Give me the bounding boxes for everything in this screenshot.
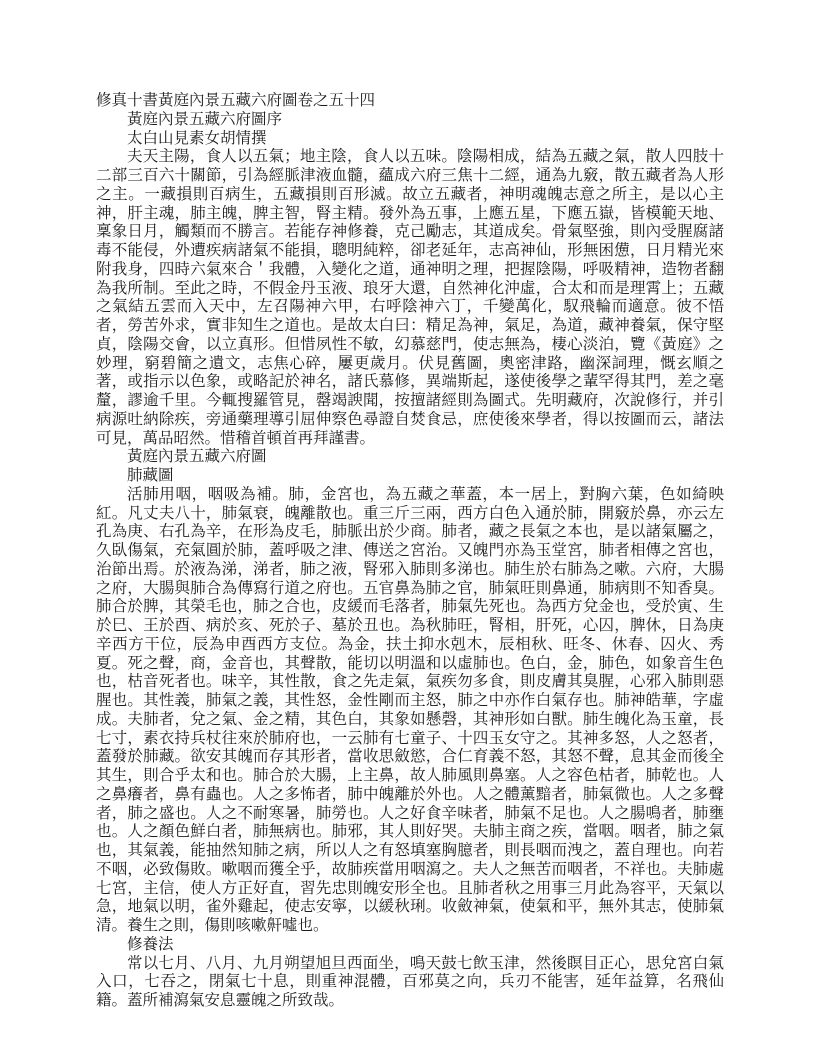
lung-chart-heading: 肺藏圖 <box>96 467 724 486</box>
document-page: 修真十書黃庭內景五藏六府圖卷之五十四 黃庭內景五藏六府圖序 太白山見素女胡情撰 … <box>0 0 816 1056</box>
cultivation-method-paragraph: 常以七月、八月、九月朔望旭旦西面坐，鳴天鼓七飲玉津，然後瞑目正心，思兌宮白氣入口… <box>96 955 724 1011</box>
document-title: 修真十書黃庭內景五藏六府圖卷之五十四 <box>96 92 724 111</box>
cultivation-method-heading: 修養法 <box>96 936 724 955</box>
charts-section-heading: 黃庭內景五藏六府圖 <box>96 448 724 467</box>
author-line: 太白山見素女胡情撰 <box>96 130 724 149</box>
lung-chart-paragraph: 活肺用咽，咽吸為補。肺，金宮也，為五藏之華蓋，本一居上，對胸六葉，色如綺映紅。凡… <box>96 486 724 936</box>
preface-paragraph: 夫天主陽，食人以五氣；地主陰，食人以五味。陰陽相成，結為五藏之氣，散人四肢十二部… <box>96 148 724 448</box>
preface-heading: 黃庭內景五藏六府圖序 <box>96 111 724 130</box>
text-block: 修真十書黃庭內景五藏六府圖卷之五十四 黃庭內景五藏六府圖序 太白山見素女胡情撰 … <box>96 92 724 1011</box>
